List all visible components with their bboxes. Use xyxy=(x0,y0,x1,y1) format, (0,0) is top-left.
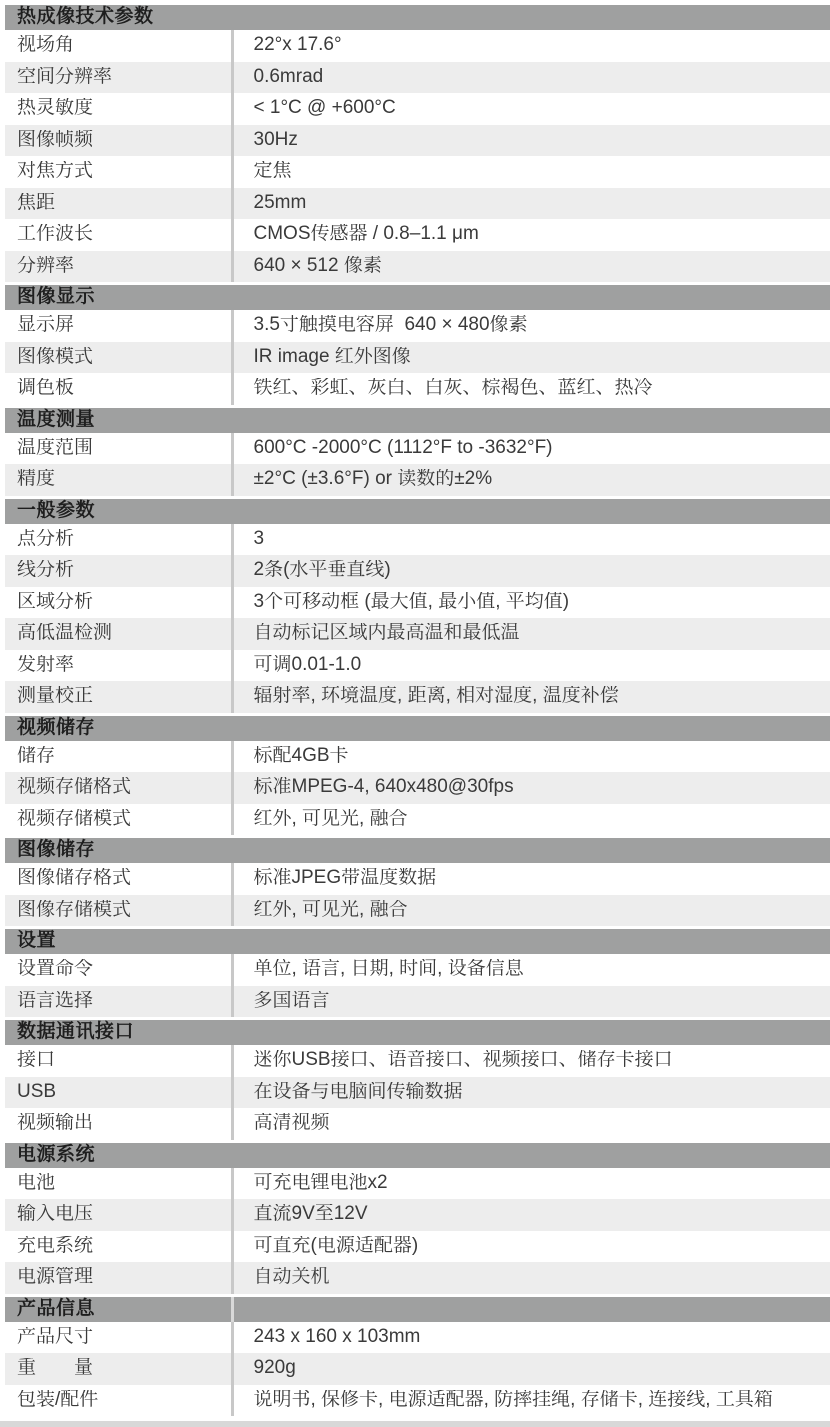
spec-label: 包装/配件 xyxy=(5,1390,231,1411)
spec-label: 储存 xyxy=(5,746,231,767)
spec-value: 单位, 语言, 日期, 时间, 设备信息 xyxy=(234,959,830,980)
spec-value: 自动标记区域内最高温和最低温 xyxy=(234,623,830,644)
section-title: 热成像技术参数 xyxy=(17,7,154,28)
table-row: 视场角 22°x 17.6° xyxy=(5,30,830,62)
section-rows: 温度范围 600°C -2000°C (1112°F to -3632°F) 精… xyxy=(5,433,830,496)
spec-label: 电池 xyxy=(5,1173,231,1194)
spec-value: IR image 红外图像 xyxy=(234,347,830,368)
spec-label: 图像模式 xyxy=(5,347,231,368)
table-row: 焦距 25mm xyxy=(5,188,830,220)
table-row: 分辨率 640 × 512 像素 xyxy=(5,251,830,283)
section-rows: 视场角 22°x 17.6° 空间分辨率 0.6mrad 热灵敏度 < 1°C … xyxy=(5,30,830,282)
spec-label: 语言选择 xyxy=(5,991,231,1012)
section-rows: 电池 可充电锂电池x2 输入电压 直流9V至12V 充电系统 可直充(电源适配器… xyxy=(5,1168,830,1294)
spec-label: 温度范围 xyxy=(5,438,231,459)
section-header: 图像显示 xyxy=(5,285,830,310)
section-header: 产品信息 xyxy=(5,1297,830,1322)
table-row: 点分析 3 xyxy=(5,524,830,556)
spec-label: 发射率 xyxy=(5,655,231,676)
section-rows: 产品尺寸 243 x 160 x 103mm 重 量 920g 包装/配件 说明… xyxy=(5,1322,830,1417)
section-header: 电源系统 xyxy=(5,1143,830,1168)
spec-value: 自动关机 xyxy=(234,1267,830,1288)
spec-value: 0.6mrad xyxy=(234,67,830,88)
spec-label: 视频存储模式 xyxy=(5,809,231,830)
table-row: 区域分析 3个可移动框 (最大值, 最小值, 平均值) xyxy=(5,587,830,619)
spec-value: 在设备与电脑间传输数据 xyxy=(234,1082,830,1103)
spec-section-2: 温度测量 温度范围 600°C -2000°C (1112°F to -3632… xyxy=(5,408,830,496)
spec-label: 重 量 xyxy=(5,1358,231,1379)
spec-value: 22°x 17.6° xyxy=(234,35,830,56)
header-divider-line xyxy=(231,1297,234,1322)
spec-label: 视频输出 xyxy=(5,1113,231,1134)
spec-label: 显示屏 xyxy=(5,315,231,336)
spec-value: 640 × 512 像素 xyxy=(234,256,830,277)
spec-label: 产品尺寸 xyxy=(5,1327,231,1348)
spec-value: < 1°C @ +600°C xyxy=(234,98,830,119)
spec-value: 可充电锂电池x2 xyxy=(234,1173,830,1194)
spec-value: 迷你USB接口、语音接口、视频接口、储存卡接口 xyxy=(234,1050,830,1071)
table-row: 视频存储模式 红外, 可见光, 融合 xyxy=(5,804,830,836)
spec-section-5: 图像储存 图像储存格式 标准JPEG带温度数据 图像存储模式 红外, 可见光, … xyxy=(5,838,830,926)
spec-sheet-page: 热成像技术参数 视场角 22°x 17.6° 空间分辨率 0.6mrad 热灵敏… xyxy=(0,0,830,1427)
section-header: 热成像技术参数 xyxy=(5,5,830,30)
spec-label: 热灵敏度 xyxy=(5,98,231,119)
spec-value: 30Hz xyxy=(234,130,830,151)
table-row: 接口 迷你USB接口、语音接口、视频接口、储存卡接口 xyxy=(5,1045,830,1077)
spec-label: 图像存储模式 xyxy=(5,900,231,921)
spec-label: 工作波长 xyxy=(5,224,231,245)
section-title: 一般参数 xyxy=(17,501,95,522)
bottom-border-bar xyxy=(0,1421,830,1427)
spec-label: 输入电压 xyxy=(5,1204,231,1225)
spec-value: 2条(水平垂直线) xyxy=(234,560,830,581)
table-row: 输入电压 直流9V至12V xyxy=(5,1199,830,1231)
spec-label: 高低温检测 xyxy=(5,623,231,644)
table-row: 线分析 2条(水平垂直线) xyxy=(5,555,830,587)
section-title: 数据通讯接口 xyxy=(17,1022,134,1043)
table-row: 热灵敏度 < 1°C @ +600°C xyxy=(5,93,830,125)
spec-section-7: 数据通讯接口 接口 迷你USB接口、语音接口、视频接口、储存卡接口 USB 在设… xyxy=(5,1020,830,1140)
table-row: 设置命令 单位, 语言, 日期, 时间, 设备信息 xyxy=(5,954,830,986)
section-title: 温度测量 xyxy=(17,410,95,431)
spec-label: 测量校正 xyxy=(5,686,231,707)
section-rows: 储存 标配4GB卡 视频存储格式 标准MPEG-4, 640x480@30fps… xyxy=(5,741,830,836)
section-header: 图像储存 xyxy=(5,838,830,863)
spec-label: 充电系统 xyxy=(5,1236,231,1257)
spec-value: 红外, 可见光, 融合 xyxy=(234,809,830,830)
table-row: 图像存储模式 红外, 可见光, 融合 xyxy=(5,895,830,927)
spec-label: 分辨率 xyxy=(5,256,231,277)
spec-label: 视频存储格式 xyxy=(5,777,231,798)
spec-label: 精度 xyxy=(5,469,231,490)
table-row: 产品尺寸 243 x 160 x 103mm xyxy=(5,1322,830,1354)
spec-section-4: 视频储存 储存 标配4GB卡 视频存储格式 标准MPEG-4, 640x480@… xyxy=(5,716,830,836)
spec-label: 焦距 xyxy=(5,193,231,214)
table-row: 图像模式 IR image 红外图像 xyxy=(5,342,830,374)
spec-section-9: 产品信息 产品尺寸 243 x 160 x 103mm 重 量 920g 包装/… xyxy=(5,1297,830,1417)
section-title: 图像显示 xyxy=(17,287,95,308)
section-header: 温度测量 xyxy=(5,408,830,433)
table-row: 重 量 920g xyxy=(5,1353,830,1385)
table-row: 显示屏 3.5寸触摸电容屏 640 × 480像素 xyxy=(5,310,830,342)
table-row: 图像帧频 30Hz xyxy=(5,125,830,157)
spec-value: 高清视频 xyxy=(234,1113,830,1134)
spec-value: ±2°C (±3.6°F) or 读数的±2% xyxy=(234,469,830,490)
spec-label: 调色板 xyxy=(5,378,231,399)
table-row: 储存 标配4GB卡 xyxy=(5,741,830,773)
table-row: 发射率 可调0.01-1.0 xyxy=(5,650,830,682)
spec-value: 铁红、彩虹、灰白、白灰、棕褐色、蓝红、热冷 xyxy=(234,378,830,399)
table-row: 语言选择 多国语言 xyxy=(5,986,830,1018)
spec-value: 直流9V至12V xyxy=(234,1204,830,1225)
table-row: 测量校正 辐射率, 环境温度, 距离, 相对湿度, 温度补偿 xyxy=(5,681,830,713)
spec-label: 对焦方式 xyxy=(5,161,231,182)
spec-value: 说明书, 保修卡, 电源适配器, 防摔挂绳, 存储卡, 连接线, 工具箱 xyxy=(234,1390,830,1411)
table-row: 空间分辨率 0.6mrad xyxy=(5,62,830,94)
spec-section-6: 设置 设置命令 单位, 语言, 日期, 时间, 设备信息 语言选择 多国语言 xyxy=(5,929,830,1017)
spec-label: 图像储存格式 xyxy=(5,868,231,889)
section-title: 电源系统 xyxy=(17,1145,95,1166)
table-row: USB 在设备与电脑间传输数据 xyxy=(5,1077,830,1109)
spec-value: 标配4GB卡 xyxy=(234,746,830,767)
table-row: 工作波长 CMOS传感器 / 0.8–1.1 μm xyxy=(5,219,830,251)
spec-section-8: 电源系统 电池 可充电锂电池x2 输入电压 直流9V至12V 充电系统 可直充(… xyxy=(5,1143,830,1294)
section-title: 产品信息 xyxy=(17,1299,95,1320)
table-row: 充电系统 可直充(电源适配器) xyxy=(5,1231,830,1263)
section-rows: 点分析 3 线分析 2条(水平垂直线) 区域分析 3个可移动框 (最大值, 最小… xyxy=(5,524,830,713)
section-title: 设置 xyxy=(17,931,56,952)
spec-value: 3 xyxy=(234,529,830,550)
spec-value: 3个可移动框 (最大值, 最小值, 平均值) xyxy=(234,592,830,613)
spec-label: 视场角 xyxy=(5,35,231,56)
section-rows: 接口 迷你USB接口、语音接口、视频接口、储存卡接口 USB 在设备与电脑间传输… xyxy=(5,1045,830,1140)
section-rows: 显示屏 3.5寸触摸电容屏 640 × 480像素 图像模式 IR image … xyxy=(5,310,830,405)
spec-label: 空间分辨率 xyxy=(5,67,231,88)
section-rows: 设置命令 单位, 语言, 日期, 时间, 设备信息 语言选择 多国语言 xyxy=(5,954,830,1017)
spec-section-3: 一般参数 点分析 3 线分析 2条(水平垂直线) 区域分析 3个可移动框 (最大… xyxy=(5,499,830,713)
table-row: 精度 ±2°C (±3.6°F) or 读数的±2% xyxy=(5,464,830,496)
table-row: 温度范围 600°C -2000°C (1112°F to -3632°F) xyxy=(5,433,830,465)
section-header: 设置 xyxy=(5,929,830,954)
section-header: 视频储存 xyxy=(5,716,830,741)
table-row: 视频输出 高清视频 xyxy=(5,1108,830,1140)
spec-label: USB xyxy=(5,1082,231,1103)
spec-value: CMOS传感器 / 0.8–1.1 μm xyxy=(234,224,830,245)
section-header: 一般参数 xyxy=(5,499,830,524)
spec-label: 电源管理 xyxy=(5,1267,231,1288)
table-row: 电池 可充电锂电池x2 xyxy=(5,1168,830,1200)
spec-value: 辐射率, 环境温度, 距离, 相对湿度, 温度补偿 xyxy=(234,686,830,707)
table-row: 电源管理 自动关机 xyxy=(5,1262,830,1294)
table-row: 对焦方式 定焦 xyxy=(5,156,830,188)
spec-label: 接口 xyxy=(5,1050,231,1071)
spec-value: 243 x 160 x 103mm xyxy=(234,1327,830,1348)
spec-label: 图像帧频 xyxy=(5,130,231,151)
table-row: 图像储存格式 标准JPEG带温度数据 xyxy=(5,863,830,895)
spec-value: 3.5寸触摸电容屏 640 × 480像素 xyxy=(234,315,830,336)
section-header: 数据通讯接口 xyxy=(5,1020,830,1045)
spec-value: 920g xyxy=(234,1358,830,1379)
table-row: 高低温检测 自动标记区域内最高温和最低温 xyxy=(5,618,830,650)
spec-label: 点分析 xyxy=(5,529,231,550)
spec-value: 25mm xyxy=(234,193,830,214)
spec-value: 600°C -2000°C (1112°F to -3632°F) xyxy=(234,438,830,459)
spec-value: 标准MPEG-4, 640x480@30fps xyxy=(234,777,830,798)
spec-value: 定焦 xyxy=(234,161,830,182)
spec-section-1: 图像显示 显示屏 3.5寸触摸电容屏 640 × 480像素 图像模式 IR i… xyxy=(5,285,830,405)
spec-value: 可直充(电源适配器) xyxy=(234,1236,830,1257)
spec-value: 可调0.01-1.0 xyxy=(234,655,830,676)
spec-label: 设置命令 xyxy=(5,959,231,980)
section-title: 图像储存 xyxy=(17,840,95,861)
table-row: 调色板 铁红、彩虹、灰白、白灰、棕褐色、蓝红、热冷 xyxy=(5,373,830,405)
section-rows: 图像储存格式 标准JPEG带温度数据 图像存储模式 红外, 可见光, 融合 xyxy=(5,863,830,926)
spec-label: 线分析 xyxy=(5,560,231,581)
spec-label: 区域分析 xyxy=(5,592,231,613)
spec-value: 标准JPEG带温度数据 xyxy=(234,868,830,889)
table-row: 视频存储格式 标准MPEG-4, 640x480@30fps xyxy=(5,772,830,804)
section-title: 视频储存 xyxy=(17,718,95,739)
spec-value: 多国语言 xyxy=(234,991,830,1012)
spec-value: 红外, 可见光, 融合 xyxy=(234,900,830,921)
spec-table: 热成像技术参数 视场角 22°x 17.6° 空间分辨率 0.6mrad 热灵敏… xyxy=(5,5,830,1416)
spec-section-0: 热成像技术参数 视场角 22°x 17.6° 空间分辨率 0.6mrad 热灵敏… xyxy=(5,5,830,282)
table-row: 包装/配件 说明书, 保修卡, 电源适配器, 防摔挂绳, 存储卡, 连接线, 工… xyxy=(5,1385,830,1417)
